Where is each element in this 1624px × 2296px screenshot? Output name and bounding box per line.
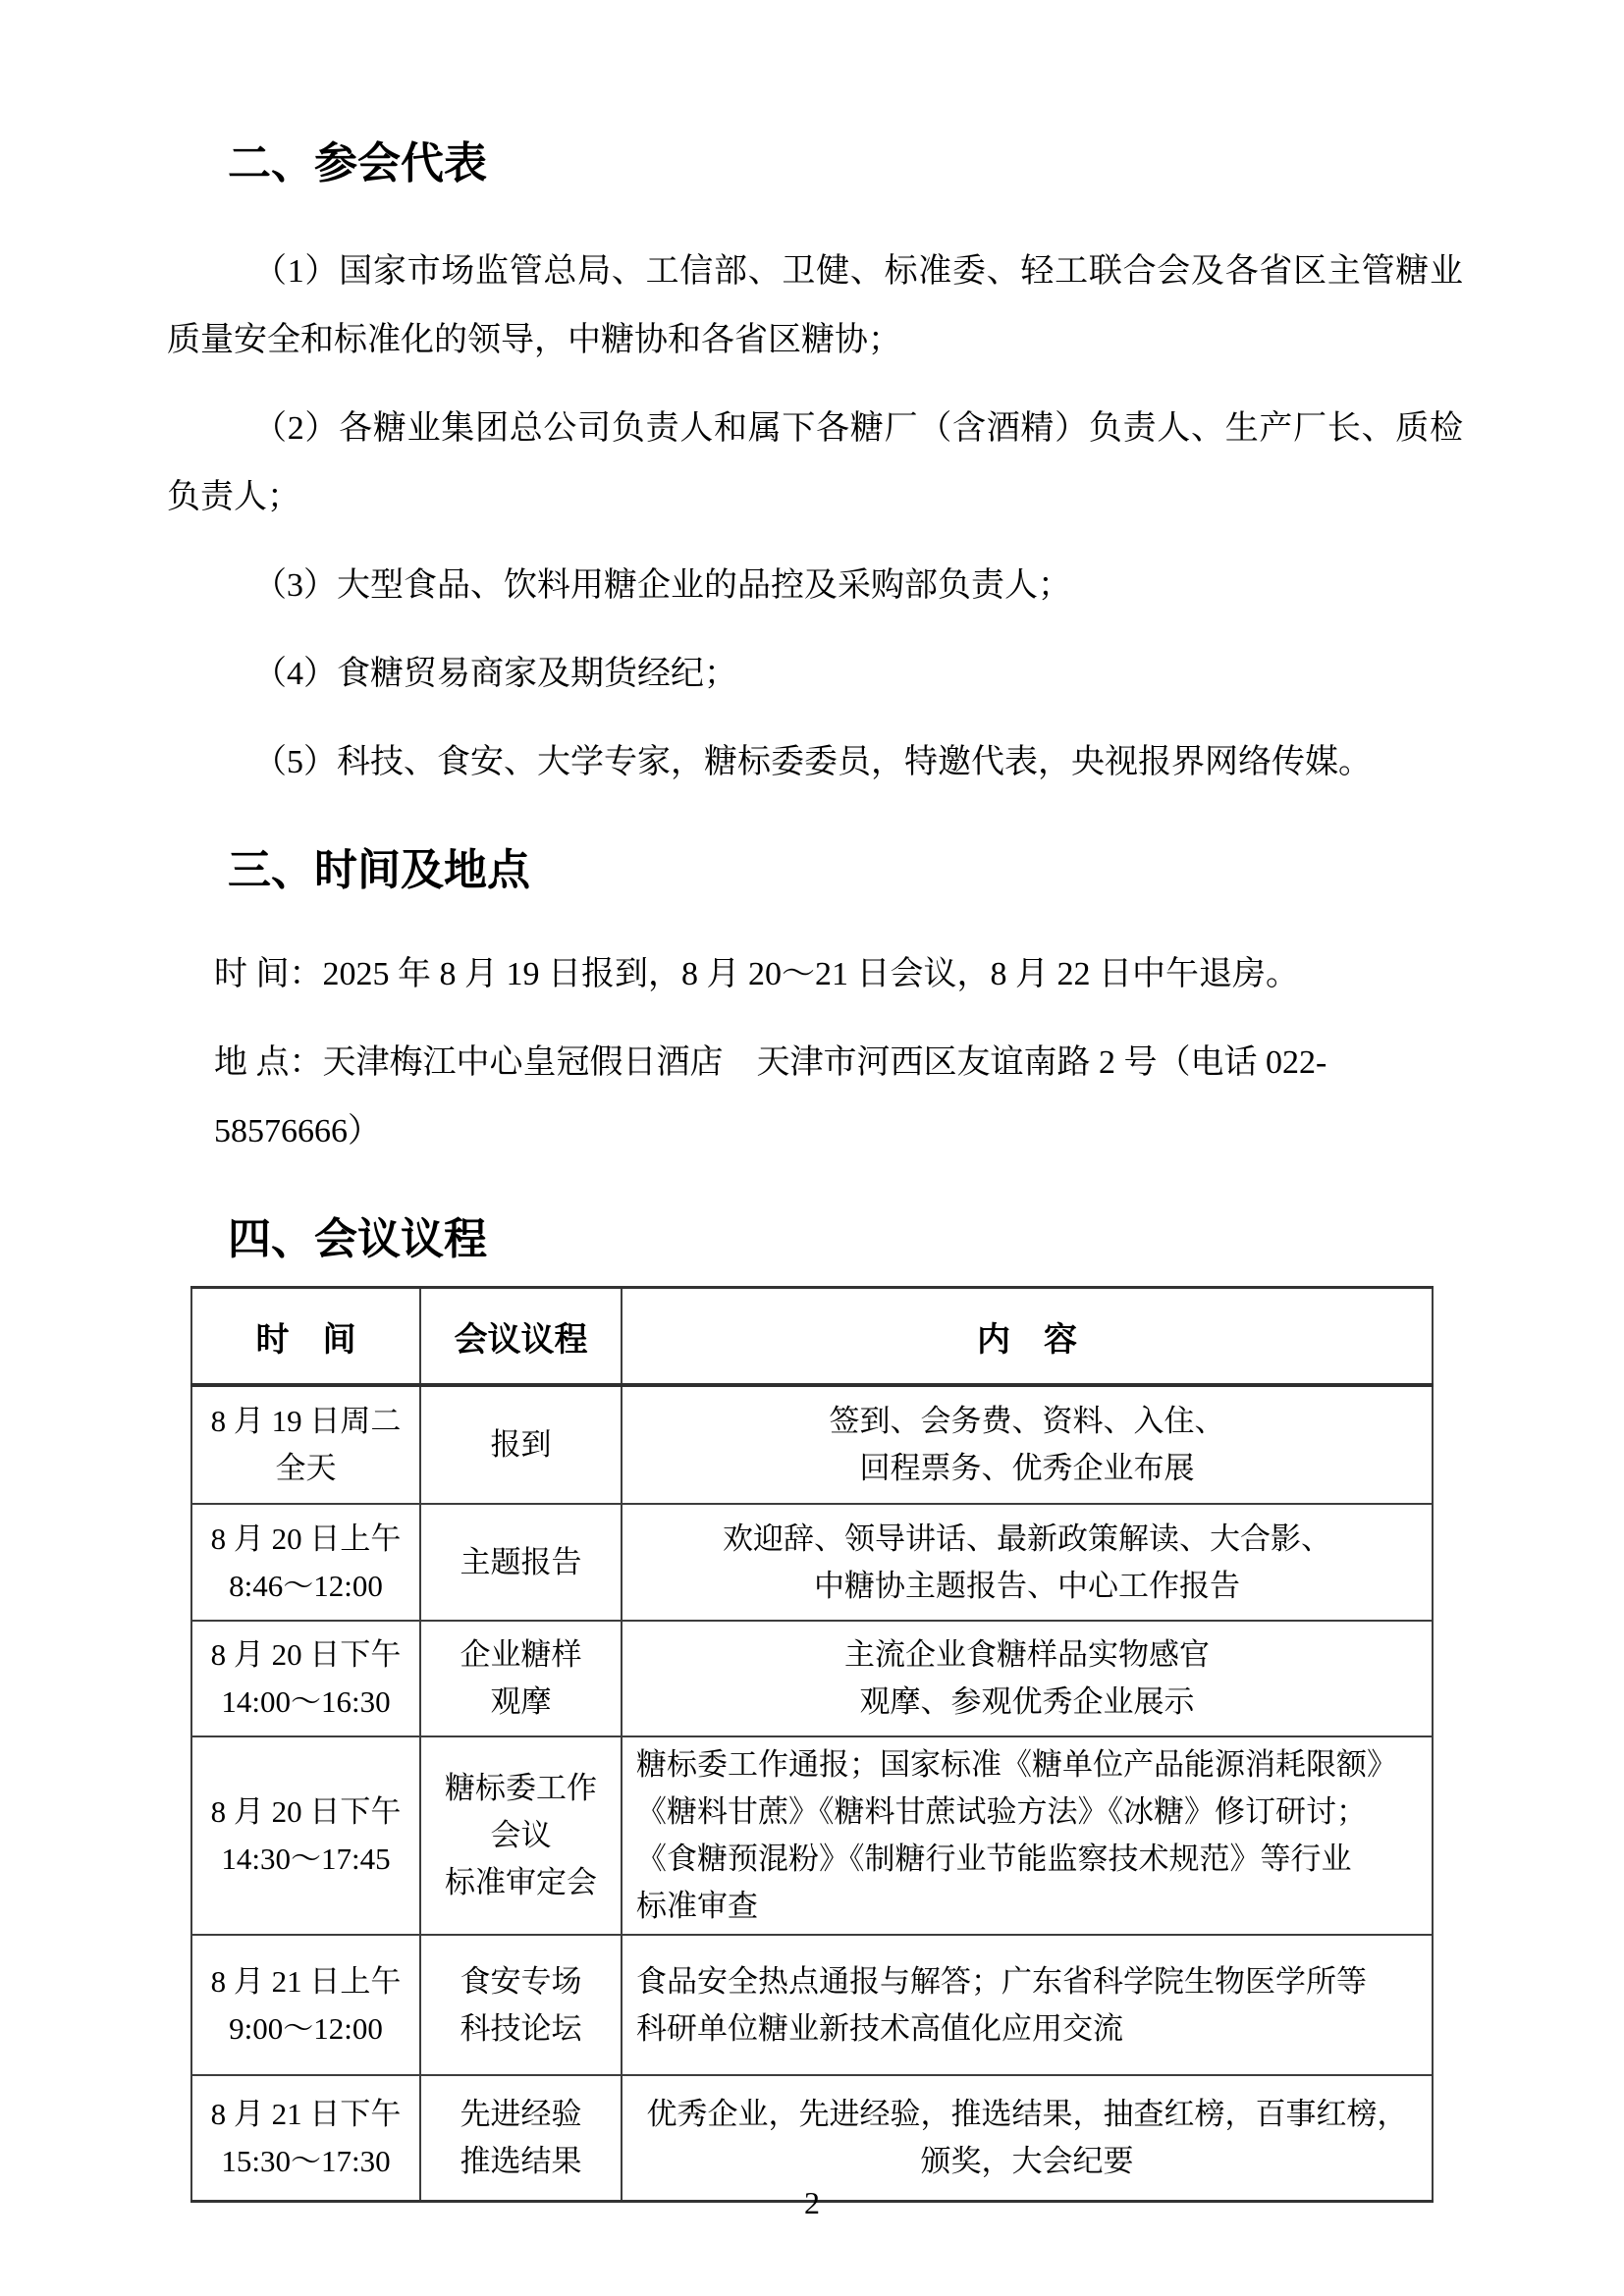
agenda-cell-line: 会议 bbox=[423, 1812, 619, 1859]
agenda-cell-line: 食安专场 bbox=[423, 1958, 619, 2005]
agenda-cell-line: 主题报告 bbox=[423, 1539, 619, 1586]
time-cell-line: 9:00～12:00 bbox=[194, 2005, 417, 2053]
content-cell-line: 标准审查 bbox=[636, 1883, 1420, 1930]
content-cell-line: 回程票务、优秀企业布展 bbox=[624, 1445, 1430, 1492]
content-cell-line: 糖标委工作通报；国家标准《糖单位产品能源消耗限额》 bbox=[636, 1741, 1420, 1789]
content-cell: 签到、会务费、资料、入住、回程票务、优秀企业布展 bbox=[622, 1385, 1433, 1504]
header-time: 时 间 bbox=[191, 1288, 420, 1386]
place-line: 地 点：天津梅江中心皇冠假日酒店 天津市河西区友谊南路 2 号（电话 022-5… bbox=[167, 1029, 1463, 1166]
time-cell-line: 14:00～16:30 bbox=[194, 1679, 417, 1726]
agenda-cell-line: 糖标委工作 bbox=[423, 1765, 619, 1812]
time-cell-line: 15:30～17:30 bbox=[194, 2138, 417, 2185]
page-number: 2 bbox=[0, 2185, 1624, 2221]
agenda-cell-line: 企业糖样 bbox=[423, 1631, 619, 1679]
header-content: 内 容 bbox=[622, 1288, 1433, 1386]
time-cell-line: 全天 bbox=[194, 1445, 417, 1492]
content-cell-line: 欢迎辞、领导讲话、最新政策解读、大合影、 bbox=[624, 1516, 1430, 1563]
time-line: 时 间：2025 年 8 月 19 日报到，8 月 20～21 日会议，8 月 … bbox=[167, 940, 1463, 1009]
agenda-cell: 食安专场科技论坛 bbox=[420, 1935, 622, 2075]
section-agenda-heading: 四、会议议程 bbox=[228, 1217, 1463, 1262]
content-cell: 优秀企业，先进经验，推选结果，抽查红榜，百事红榜，颁奖，大会纪要 bbox=[622, 2075, 1433, 2201]
participants-item-4: （4）食糖贸易商家及期货经纪； bbox=[167, 640, 1463, 709]
time-cell: 8 月 21 日下午15:30～17:30 bbox=[191, 2075, 420, 2201]
content-cell-line: 科研单位糖业新技术高值化应用交流 bbox=[636, 2005, 1420, 2053]
agenda-cell-line: 推选结果 bbox=[423, 2138, 619, 2185]
content-cell-line: 《食糖预混粉》《制糖行业节能监察技术规范》等行业 bbox=[636, 1836, 1420, 1883]
agenda-cell-line: 科技论坛 bbox=[423, 2005, 619, 2053]
content-cell-line: 优秀企业，先进经验，推选结果，抽查红榜，百事红榜， bbox=[624, 2091, 1430, 2138]
agenda-row: 8 月 20 日下午14:00～16:30企业糖样观摩主流企业食糖样品实物感官观… bbox=[191, 1621, 1433, 1736]
time-cell-line: 8 月 20 日下午 bbox=[194, 1789, 417, 1836]
time-cell-line: 8 月 21 日上午 bbox=[194, 1958, 417, 2005]
content-cell: 糖标委工作通报；国家标准《糖单位产品能源消耗限额》《糖料甘蔗》《糖料甘蔗试验方法… bbox=[622, 1736, 1433, 1935]
agenda-cell-line: 观摩 bbox=[423, 1679, 619, 1726]
agenda-table: 时 间 会议议程 内 容 8 月 19 日周二全天报到签到、会务费、资料、入住、… bbox=[190, 1286, 1434, 2203]
agenda-cell-line: 报到 bbox=[423, 1421, 619, 1468]
agenda-cell-line: 标准审定会 bbox=[423, 1859, 619, 1906]
content-cell: 主流企业食糖样品实物感官观摩、参观优秀企业展示 bbox=[622, 1621, 1433, 1736]
agenda-cell: 主题报告 bbox=[420, 1504, 622, 1621]
document-page: 二、参会代表 （1）国家市场监管总局、工信部、卫健、标准委、轻工联合会及各省区主… bbox=[0, 0, 1624, 2296]
agenda-header-row: 时 间 会议议程 内 容 bbox=[191, 1288, 1433, 1386]
content-cell-line: 食品安全热点通报与解答；广东省科学院生物医学所等 bbox=[636, 1958, 1420, 2005]
agenda-cell-line: 先进经验 bbox=[423, 2091, 619, 2138]
content-cell-line: 主流企业食糖样品实物感官 bbox=[624, 1631, 1430, 1679]
agenda-cell: 糖标委工作会议标准审定会 bbox=[420, 1736, 622, 1935]
agenda-row: 8 月 21 日下午15:30～17:30先进经验推选结果优秀企业，先进经验，推… bbox=[191, 2075, 1433, 2201]
content-cell: 食品安全热点通报与解答；广东省科学院生物医学所等科研单位糖业新技术高值化应用交流 bbox=[622, 1935, 1433, 2075]
time-cell-line: 8 月 21 日下午 bbox=[194, 2091, 417, 2138]
time-cell-line: 14:30～17:45 bbox=[194, 1836, 417, 1883]
time-cell-line: 8 月 20 日上午 bbox=[194, 1516, 417, 1563]
content-cell-line: 中糖协主题报告、中心工作报告 bbox=[624, 1563, 1430, 1610]
content-cell-line: 观摩、参观优秀企业展示 bbox=[624, 1679, 1430, 1726]
agenda-cell: 先进经验推选结果 bbox=[420, 2075, 622, 2201]
participants-item-3: （3）大型食品、饮料用糖企业的品控及采购部负责人； bbox=[167, 552, 1463, 620]
time-cell-line: 8 月 20 日下午 bbox=[194, 1631, 417, 1679]
participants-item-1: （1）国家市场监管总局、工信部、卫健、标准委、轻工联合会及各省区主管糖业质量安全… bbox=[167, 238, 1463, 375]
section-participants-heading: 二、参会代表 bbox=[228, 141, 1463, 187]
agenda-cell: 报到 bbox=[420, 1385, 622, 1504]
agenda-row: 8 月 20 日上午8:46～12:00主题报告欢迎辞、领导讲话、最新政策解读、… bbox=[191, 1504, 1433, 1621]
header-agenda: 会议议程 bbox=[420, 1288, 622, 1386]
time-cell: 8 月 20 日下午14:30～17:45 bbox=[191, 1736, 420, 1935]
time-cell-line: 8:46～12:00 bbox=[194, 1563, 417, 1610]
time-cell: 8 月 20 日上午8:46～12:00 bbox=[191, 1504, 420, 1621]
time-cell: 8 月 19 日周二全天 bbox=[191, 1385, 420, 1504]
time-cell: 8 月 20 日下午14:00～16:30 bbox=[191, 1621, 420, 1736]
content-cell-line: 签到、会务费、资料、入住、 bbox=[624, 1398, 1430, 1445]
agenda-table-body: 8 月 19 日周二全天报到签到、会务费、资料、入住、回程票务、优秀企业布展8 … bbox=[191, 1385, 1433, 2201]
agenda-row: 8 月 19 日周二全天报到签到、会务费、资料、入住、回程票务、优秀企业布展 bbox=[191, 1385, 1433, 1504]
content-cell-line: 《糖料甘蔗》《糖料甘蔗试验方法》《冰糖》修订研讨； bbox=[636, 1789, 1420, 1836]
section-time-place-heading: 三、时间及地点 bbox=[228, 848, 1463, 893]
agenda-row: 8 月 21 日上午9:00～12:00食安专场科技论坛食品安全热点通报与解答；… bbox=[191, 1935, 1433, 2075]
participants-item-5: （5）科技、食安、大学专家，糖标委委员，特邀代表，央视报界网络传媒。 bbox=[167, 728, 1463, 797]
time-cell-line: 8 月 19 日周二 bbox=[194, 1398, 417, 1445]
agenda-row: 8 月 20 日下午14:30～17:45糖标委工作会议标准审定会糖标委工作通报… bbox=[191, 1736, 1433, 1935]
content-cell-line: 颁奖，大会纪要 bbox=[624, 2138, 1430, 2185]
agenda-cell: 企业糖样观摩 bbox=[420, 1621, 622, 1736]
time-cell: 8 月 21 日上午9:00～12:00 bbox=[191, 1935, 420, 2075]
participants-item-2: （2）各糖业集团总公司负责人和属下各糖厂（含酒精）负责人、生产厂长、质检负责人； bbox=[167, 395, 1463, 532]
content-cell: 欢迎辞、领导讲话、最新政策解读、大合影、中糖协主题报告、中心工作报告 bbox=[622, 1504, 1433, 1621]
